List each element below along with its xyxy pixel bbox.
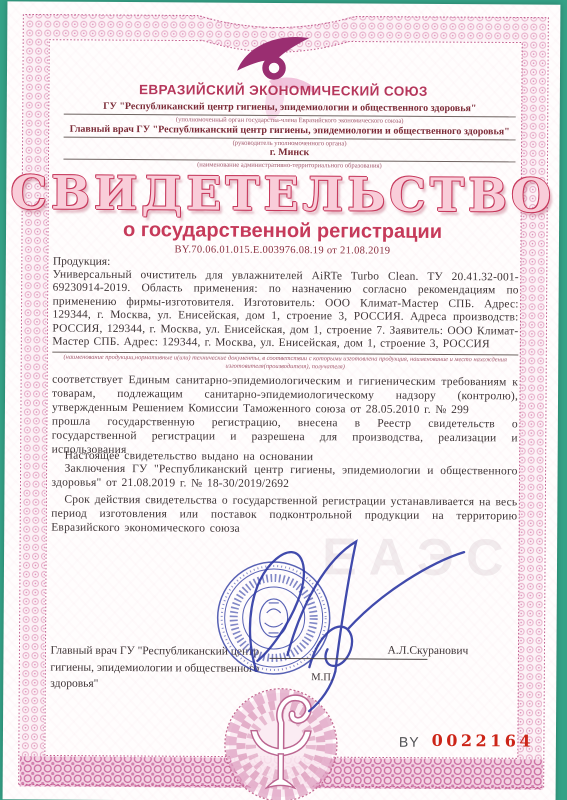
seal-place-label: М.П.	[311, 672, 333, 683]
city-line: г. Минск	[63, 146, 515, 163]
certificate-paper: ЕВРАЗИЙСКИЙ ЭКОНОМИЧЕСКИЙ СОЮЗ ГУ "Респу…	[3, 1, 561, 800]
certificate-subtitle: о государственной регистрации	[6, 218, 559, 244]
blank-series: BY	[399, 734, 420, 750]
basis-paragraph: Заключения ГУ "Республиканский центр гиг…	[51, 463, 517, 493]
conformity-paragraph: соответствует Единым санитарно-эпидемиол…	[52, 374, 518, 418]
signature-icon	[233, 523, 484, 725]
blank-number: BY 0022164	[399, 731, 534, 751]
product-label: Продукция:	[53, 256, 111, 268]
signer-name: А.Л.Скуранович	[387, 645, 468, 657]
product-description: Универсальный очиститель для увлажнителе…	[52, 269, 519, 356]
certificate-title: СВИДЕТЕЛЬСТВО	[6, 165, 559, 222]
scanned-certificate: { "certificate": { "union_name": "ЕВРАЗИ…	[0, 0, 567, 800]
blank-number-value: 0022164	[432, 731, 535, 751]
union-name: ЕВРАЗИЙСКИЙ ЭКОНОМИЧЕСКИЙ СОЮЗ	[7, 81, 560, 99]
head-line: Главный врач ГУ "Республиканский центр г…	[64, 124, 516, 141]
authority-line: ГУ "Республиканский центр гигиены, эпиде…	[64, 101, 516, 118]
product-caption: (наименование продукции,нормативные и(ил…	[60, 354, 510, 373]
